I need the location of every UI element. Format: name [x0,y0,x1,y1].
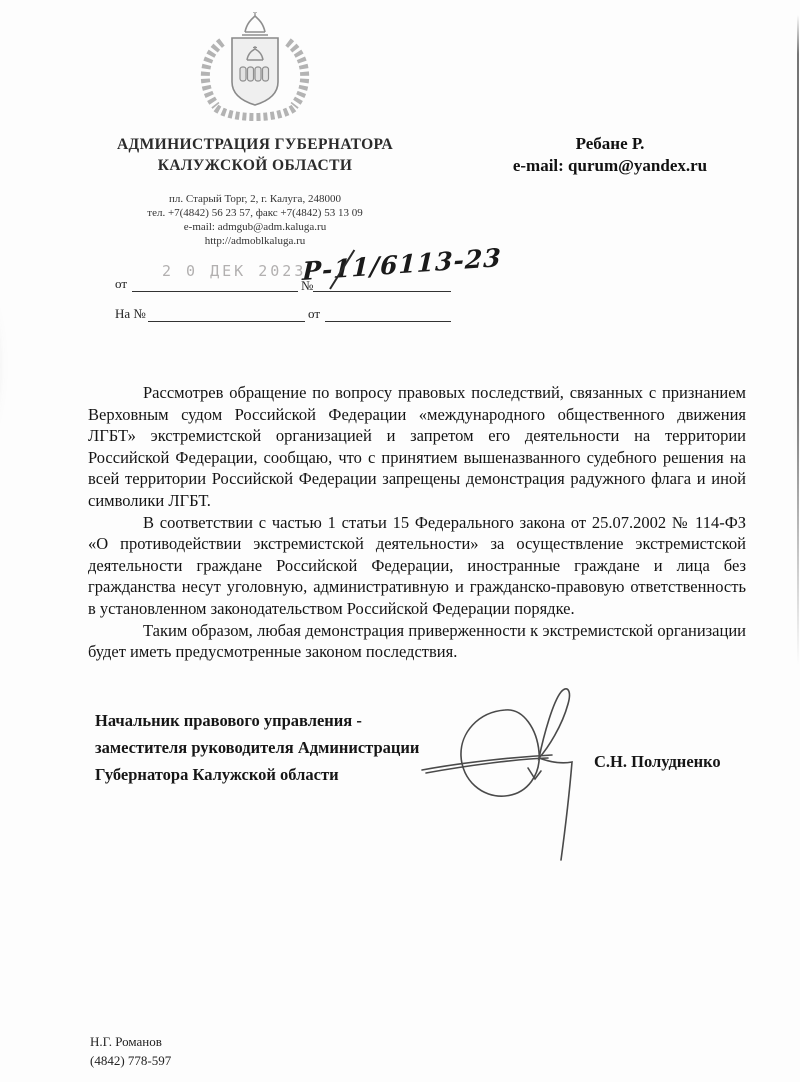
letter-page: АДМИНИСТРАЦИЯ ГУБЕРНАТОРА КАЛУЖСКОЙ ОБЛА… [0,0,800,1082]
org-phone-fax: тел. +7(4842) 56 23 57, факс +7(4842) 53… [58,206,452,220]
reply-number-underline [148,321,305,322]
org-website: http://admoblkaluga.ru [58,234,452,248]
body-paragraph-2: В соответствии с частью 1 статьи 15 Феде… [88,512,746,620]
letter-body: Рассмотрев обращение по вопросу правовых… [88,382,746,663]
org-name-line2: КАЛУЖСКОЙ ОБЛАСТИ [58,155,452,176]
executor-block: Н.Г. Романов (4842) 778-597 [90,1032,171,1070]
signer-title-line3: Губернатора Калужской области [95,761,465,788]
body-paragraph-3: Таким образом, любая демонстрация привер… [88,620,746,663]
reply-number-label: На № [115,306,146,322]
photo-edge-line [797,15,799,665]
kaluga-coat-of-arms-icon [192,12,318,128]
signer-title-line2: заместителя руководителя Администрации [95,734,465,761]
executor-name: Н.Г. Романов [90,1032,171,1051]
executor-phone: (4842) 778-597 [90,1051,171,1070]
date-stamp: 2 0 ДЕК 2023 [162,262,306,280]
handwritten-signature [420,668,620,863]
org-name-line1: АДМИНИСТРАЦИЯ ГУБЕРНАТОРА [58,134,452,155]
recipient-block: Ребане Р. e-mail: qurum@yandex.ru [462,133,758,177]
org-address: пл. Старый Торг, 2, г. Калуга, 248000 [58,192,452,206]
letterhead: АДМИНИСТРАЦИЯ ГУБЕРНАТОРА КАЛУЖСКОЙ ОБЛА… [58,134,452,248]
reply-date-underline [325,321,451,322]
reply-date-label: от [308,306,320,322]
recipient-email: e-mail: qurum@yandex.ru [462,155,758,177]
handwritten-outgoing-number: Р-11/6113-23 [302,243,502,286]
org-email: e-mail: admgub@adm.kaluga.ru [58,220,452,234]
signer-title-line1: Начальник правового управления - [95,707,465,734]
date-underline [132,291,298,292]
body-paragraph-1: Рассмотрев обращение по вопросу правовых… [88,382,746,512]
signer-title: Начальник правового управления - замести… [95,707,465,788]
recipient-name: Ребане Р. [462,133,758,155]
signer-name: С.Н. Полудненко [594,752,754,772]
number-underline [313,291,451,292]
photo-shadow-left [0,235,64,525]
date-from-label: от [115,276,127,292]
